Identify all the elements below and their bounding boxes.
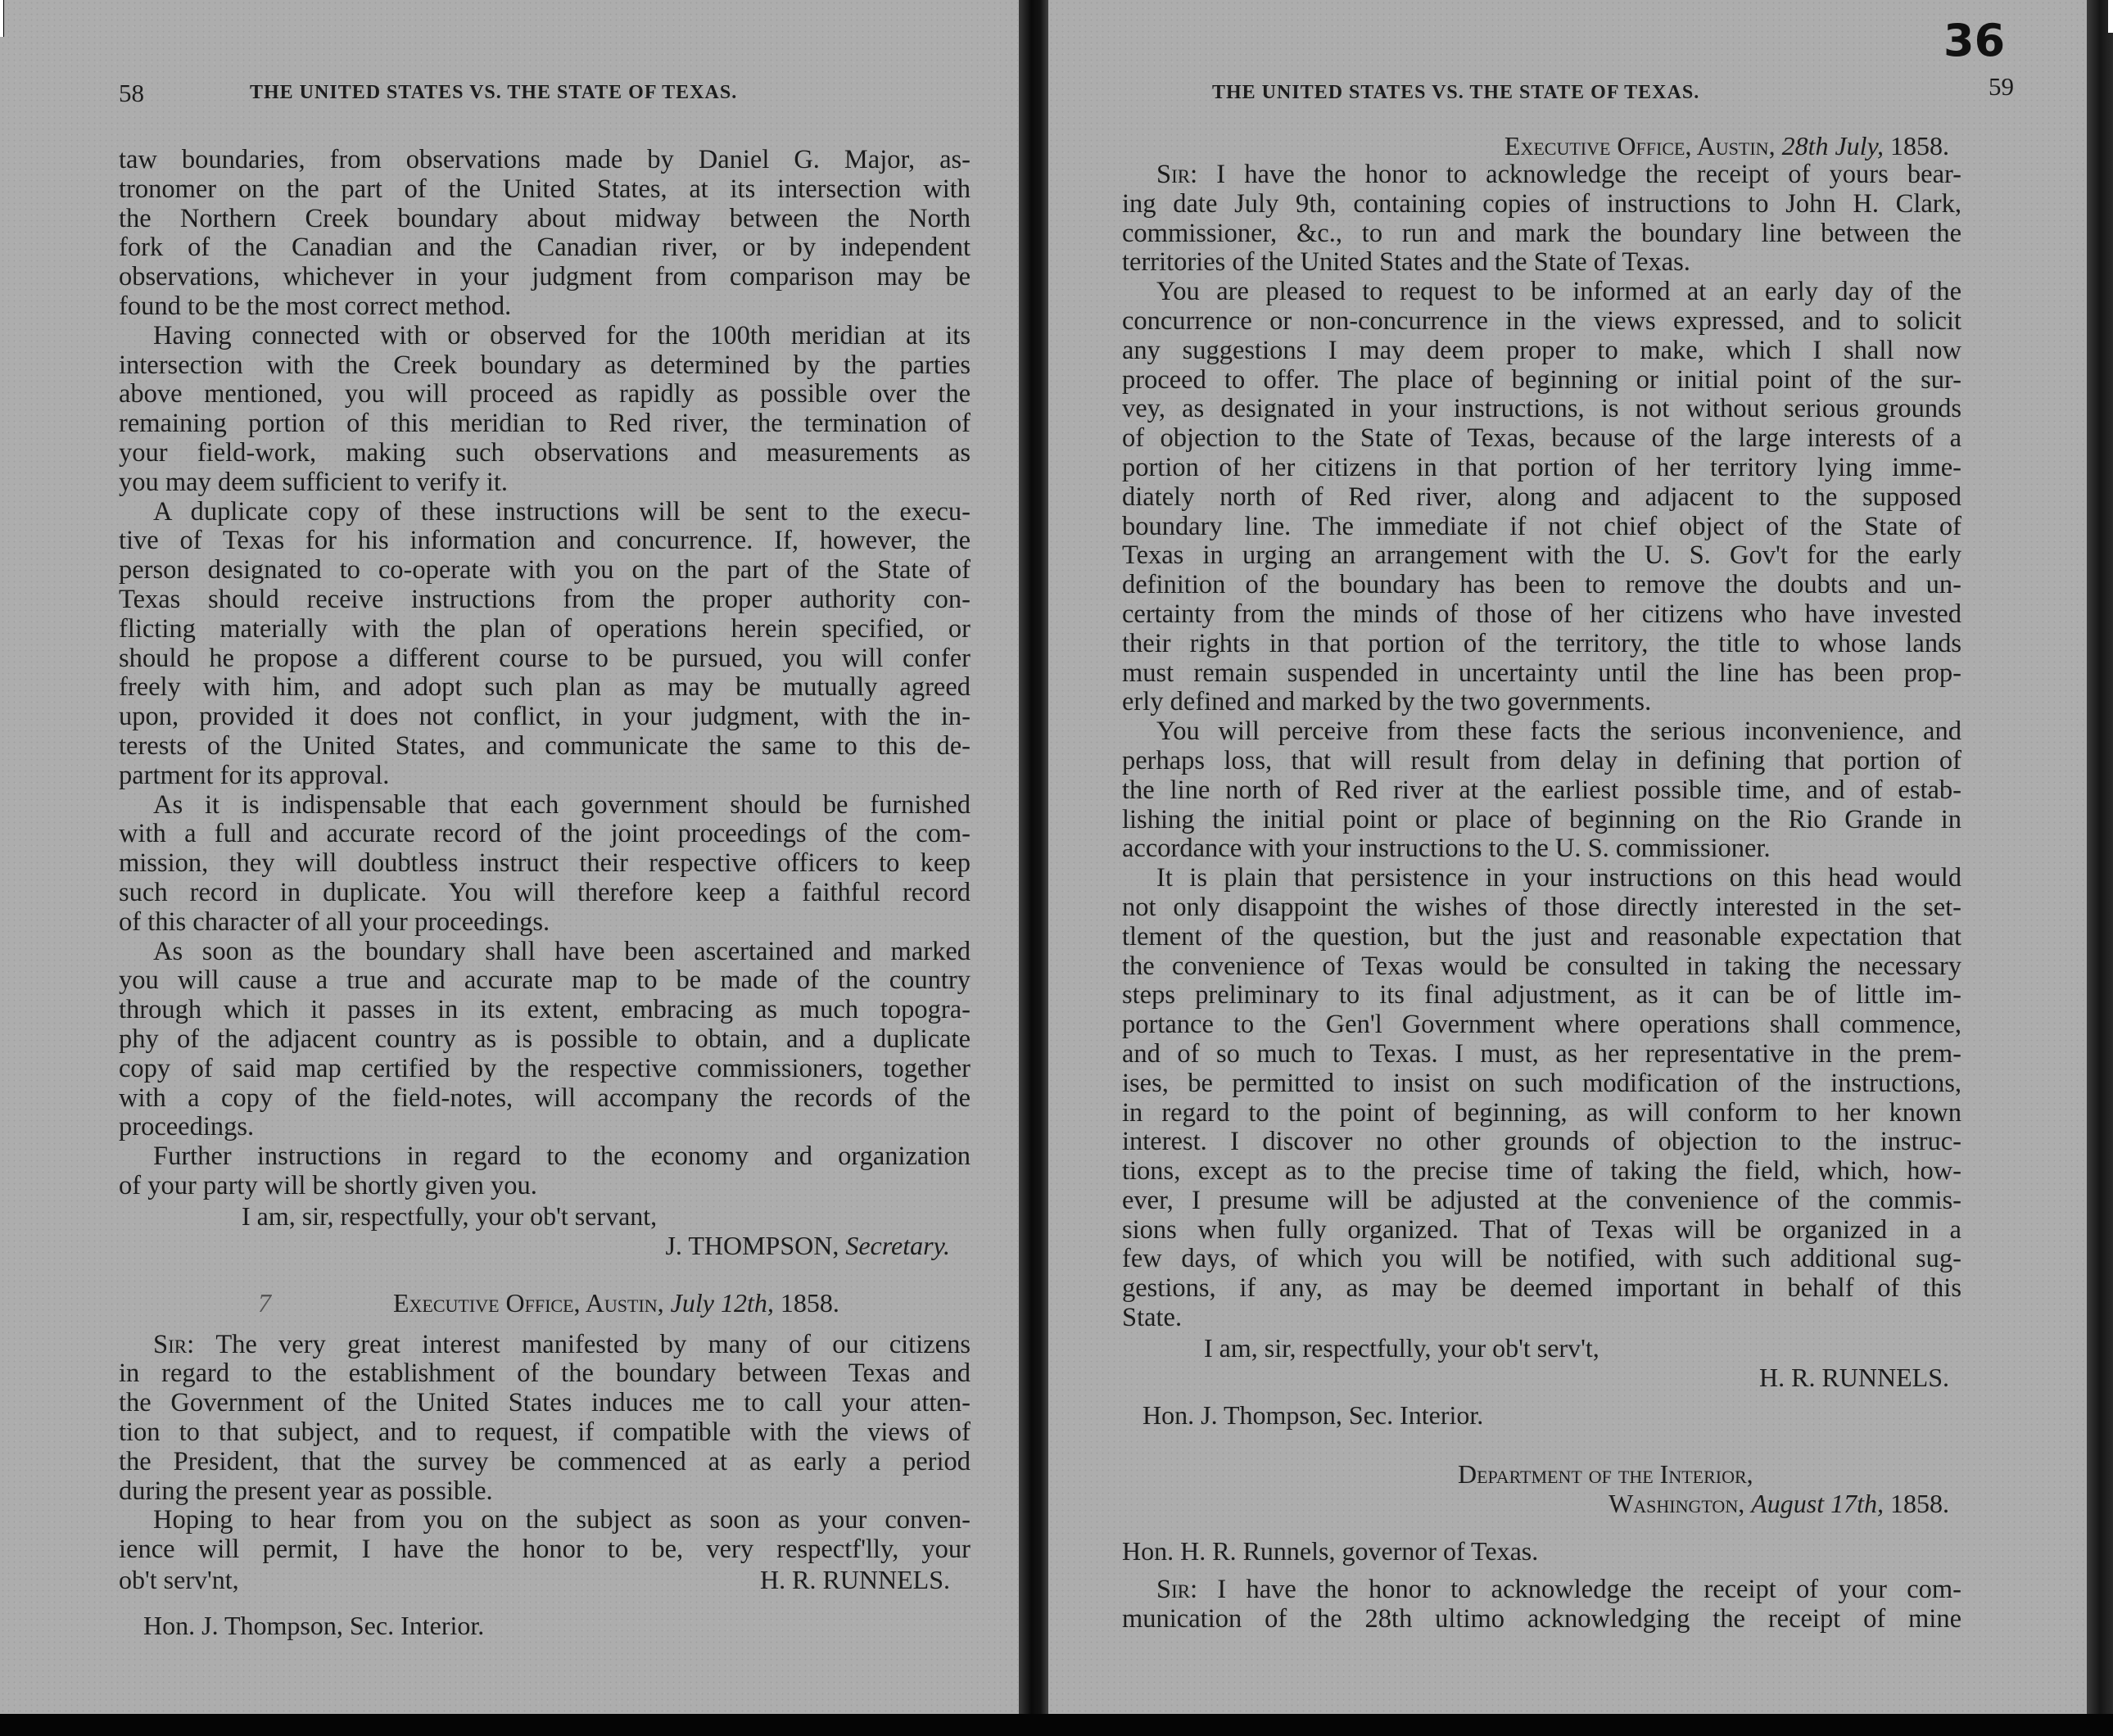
right-text-column: Executive Office, Austin, 28th July, 185… <box>1122 131 1961 1634</box>
text-line: definition of the boundary has been to r… <box>1122 571 1961 600</box>
paragraph: Hoping to hear from you on the subject a… <box>119 1506 971 1565</box>
text-line: boundary line. The immediate if not chie… <box>1122 513 1961 542</box>
text-line: Hoping to hear from you on the subject a… <box>119 1506 971 1535</box>
dateline-date: 28th July, <box>1782 131 1884 160</box>
addressee-runnels: Hon. H. R. Runnels, governor of Texas. <box>1122 1536 1961 1566</box>
text-line: intersection with the Creek boundary as … <box>119 351 971 381</box>
text-line: you may deem sufficient to verify it. <box>119 468 971 498</box>
signature-thompson: J. THOMPSON, Secretary. <box>119 1231 971 1260</box>
text-line: A duplicate copy of these instructions w… <box>119 498 971 527</box>
text-line: few days, of which you will be notified,… <box>1122 1245 1961 1274</box>
text-line: gestions, if any, as may be deemed impor… <box>1122 1274 1961 1304</box>
closing-thompson: I am, sir, respectfully, your ob't serva… <box>119 1201 971 1231</box>
text-line: above mentioned, you will proceed as rap… <box>119 380 971 409</box>
text-line: Sir: The very great interest manifested … <box>119 1331 971 1360</box>
text-line: ises, be permitted to insist on such mod… <box>1122 1069 1961 1099</box>
text-line: flicting materially with the plan of ope… <box>119 615 971 644</box>
text-line: lishing the initial point or place of be… <box>1122 806 1961 835</box>
paragraph: You will perceive from these facts the s… <box>1122 717 1961 864</box>
text-line: and of so much to Texas. I must, as her … <box>1122 1040 1961 1069</box>
archive-stamp-number: 36 <box>1943 15 2005 66</box>
text-line: You are pleased to request to be informe… <box>1122 278 1961 307</box>
page-number-right: 59 <box>1989 72 2014 102</box>
text-line: portion of her citizens in that portion … <box>1122 454 1961 483</box>
book-right-edge <box>2087 0 2113 1736</box>
text-line: interest. I discover no other grounds of… <box>1122 1128 1961 1157</box>
text-line: You will perceive from these facts the s… <box>1122 717 1961 747</box>
signature-runnels-2: H. R. RUNNELS. <box>1122 1363 1961 1392</box>
salutation: Sir: <box>1156 160 1216 189</box>
paragraph: Further instructions in regard to the ec… <box>119 1142 971 1201</box>
closing-runnels-1: ob't serv'nt, H. R. RUNNELS. <box>119 1565 971 1594</box>
margin-mark: 7 <box>258 1288 271 1318</box>
dateline-interior-2: Washington, August 17th, 1858. <box>1122 1489 1961 1518</box>
addressee-thompson-2: Hon. J. Thompson, Sec. Interior. <box>1122 1400 1961 1430</box>
text-line: must remain suspended in uncertainty unt… <box>1122 659 1961 689</box>
department-name: Department of the Interior, <box>1458 1459 1753 1489</box>
running-head-left: THE UNITED STATES VS. THE STATE OF TEXAS… <box>250 82 737 115</box>
text-line: mission, they will doubtless instruct th… <box>119 849 971 879</box>
text-line: phy of the adjacent country as is possib… <box>119 1025 971 1055</box>
text-line: not only disappoint the wishes of those … <box>1122 893 1961 923</box>
page-number-left: 58 <box>119 79 144 108</box>
text-line: their rights in that portion of the terr… <box>1122 630 1961 659</box>
text-line: State. <box>1122 1304 1961 1333</box>
text-line: tions, except as to the precise time of … <box>1122 1157 1961 1187</box>
paragraph: A duplicate copy of these instructions w… <box>119 498 971 791</box>
text-line: Texas in urging an arrangement with the … <box>1122 541 1961 571</box>
text-line: Having connected with or observed for th… <box>119 322 971 351</box>
text-line: found to be the most correct method. <box>119 292 971 322</box>
dateline-place: Executive Office, Austin, <box>1504 131 1776 160</box>
paragraph: You are pleased to request to be informe… <box>1122 278 1961 717</box>
text-line: vey, as designated in your instructions,… <box>1122 395 1961 424</box>
text-line: you will cause a true and accurate map t… <box>119 966 971 996</box>
text-line: the Government of the United States indu… <box>119 1389 971 1418</box>
scan-bottom-border <box>0 1714 2113 1736</box>
text-line: As it is indispensable that each governm… <box>119 791 971 821</box>
text-line: proceedings. <box>119 1113 971 1142</box>
text-line: fork of the Canadian and the Canadian ri… <box>119 233 971 263</box>
paragraph: Sir: The very great interest manifested … <box>119 1331 971 1507</box>
text-line: perhaps loss, that will result from dela… <box>1122 747 1961 776</box>
text-line: accordance with your instructions to the… <box>1122 834 1961 864</box>
signature-title: Secretary. <box>845 1231 950 1260</box>
text-line: erly defined and marked by the two gover… <box>1122 688 1961 717</box>
continuation-paragraph: taw boundaries, from observations made b… <box>119 146 971 322</box>
text-line: tive of Texas for his information and co… <box>119 527 971 556</box>
text-line: portance to the Gen'l Government where o… <box>1122 1010 1961 1040</box>
left-page: 58 THE UNITED STATES VS. THE STATE OF TE… <box>0 0 1022 1716</box>
text-line: the President, that the survey be commen… <box>119 1448 971 1477</box>
text-line: of this character of all your proceeding… <box>119 908 971 938</box>
text-line: remaining portion of this meridian to Re… <box>119 409 971 439</box>
text-line: person designated to co-operate with you… <box>119 556 971 585</box>
text-line: commissioner, &c., to run and mark the b… <box>1122 219 1961 249</box>
text-line: taw boundaries, from observations made b… <box>119 146 971 175</box>
dateline-july-12: 7 Executive Office, Austin, July 12th, 1… <box>119 1288 971 1318</box>
text-line: Further instructions in regard to the ec… <box>119 1142 971 1172</box>
text-line: freely with him, and adopt such plan as … <box>119 673 971 703</box>
text-line: upon, provided it does not conflict, in … <box>119 703 971 732</box>
text-line: sions when fully organized. That of Texa… <box>1122 1216 1961 1245</box>
text-line: ience will permit, I have the honor to b… <box>119 1535 971 1565</box>
dateline-date: July 12th, <box>671 1288 774 1318</box>
text-line: the line north of Red river at the earli… <box>1122 776 1961 806</box>
text-line: tlement of the question, but the just an… <box>1122 923 1961 952</box>
text-line: of objection to the State of Texas, beca… <box>1122 424 1961 454</box>
paragraph: It is plain that persistence in your ins… <box>1122 864 1961 1333</box>
paragraph: Having connected with or observed for th… <box>119 322 971 498</box>
dateline-interior-1: Department of the Interior, <box>1122 1459 1961 1489</box>
text-line: ever, I presume will be adjusted at the … <box>1122 1187 1961 1216</box>
text-line: diately north of Red river, along and ad… <box>1122 483 1961 513</box>
dateline-year: 1858. <box>1890 131 1949 160</box>
dateline-place: Washington, <box>1609 1489 1744 1518</box>
signature-name: J. THOMPSON, <box>665 1231 839 1260</box>
text-line: in regard to the establishment of the bo… <box>119 1359 971 1389</box>
dateline-place: Executive Office, Austin, <box>393 1288 664 1318</box>
text-line: terests of the United States, and commun… <box>119 732 971 762</box>
paragraph: As it is indispensable that each governm… <box>119 791 971 938</box>
text-line: your field-work, making such observation… <box>119 439 971 468</box>
book-gutter <box>1019 0 1050 1720</box>
text-line: It is plain that persistence in your ins… <box>1122 864 1961 893</box>
text-line: tion to that subject, and to request, if… <box>119 1418 971 1448</box>
text-line: certainty from the minds of those of her… <box>1122 600 1961 630</box>
text-line: such record in duplicate. You will there… <box>119 879 971 908</box>
left-paragraphs: Having connected with or observed for th… <box>119 322 971 1201</box>
text-line: with a full and accurate record of the j… <box>119 820 971 849</box>
text-line: the Northern Creek boundary about midway… <box>119 205 971 234</box>
text-line: in regard to the point of beginning, as … <box>1122 1099 1961 1128</box>
letter-28th-july-body: Sir: I have the honor to acknowledge the… <box>1122 160 1961 1333</box>
left-text-column: taw boundaries, from observations made b… <box>119 146 971 1640</box>
addressee-thompson: Hon. J. Thompson, Sec. Interior. <box>119 1611 971 1640</box>
scan-corner-mark <box>0 0 4 37</box>
letter-aug-17-body: Sir: I have the honor to acknowledge the… <box>1122 1576 1961 1634</box>
dateline-28th-july: Executive Office, Austin, 28th July, 185… <box>1122 131 1961 160</box>
salutation: Sir: <box>1156 1575 1217 1604</box>
dateline-year: 1858. <box>780 1288 839 1318</box>
running-head-right: THE UNITED STATES VS. THE STATE OF TEXAS… <box>1212 82 1699 115</box>
closing-line: ob't serv'nt, <box>119 1565 239 1594</box>
scan-corner-mark-right <box>2108 0 2113 33</box>
text-line: Sir: I have the honor to acknowledge the… <box>1122 160 1961 190</box>
text-line: concurrence or non-concurrence in the vi… <box>1122 307 1961 337</box>
text-line: should he propose a different course to … <box>119 644 971 674</box>
dateline-year: 1858. <box>1890 1489 1949 1518</box>
text-line: proceed to offer. The place of beginning… <box>1122 366 1961 396</box>
text-line: territories of the United States and the… <box>1122 248 1961 278</box>
dateline-date: August 17th, <box>1751 1489 1884 1518</box>
text-line: Sir: I have the honor to acknowledge the… <box>1122 1576 1961 1605</box>
paragraph: As soon as the boundary shall have been … <box>119 938 971 1143</box>
text-line: the convenience of Texas would be consul… <box>1122 952 1961 982</box>
text-line: Texas should receive instructions from t… <box>119 585 971 615</box>
salutation: Sir: <box>153 1330 215 1359</box>
text-line: with a copy of the field-notes, will acc… <box>119 1084 971 1114</box>
text-line: As soon as the boundary shall have been … <box>119 938 971 967</box>
text-line: of your party will be shortly given you. <box>119 1172 971 1201</box>
text-line: during the present year as possible. <box>119 1477 971 1507</box>
text-line: munication of the 28th ultimo acknowledg… <box>1122 1605 1961 1634</box>
paragraph: Sir: I have the honor to acknowledge the… <box>1122 160 1961 278</box>
closing-runnels-2: I am, sir, respectfully, your ob't serv'… <box>1122 1333 1961 1363</box>
text-line: partment for its approval. <box>119 762 971 791</box>
text-line: any suggestions I may deem proper to mak… <box>1122 337 1961 366</box>
text-line: copy of said map certified by the respec… <box>119 1055 971 1084</box>
text-line: steps preliminary to its final adjustmen… <box>1122 981 1961 1010</box>
text-line: tronomer on the part of the United State… <box>119 175 971 205</box>
signature-runnels: H. R. RUNNELS. <box>760 1565 950 1594</box>
letter-july-12-body: Sir: The very great interest manifested … <box>119 1331 971 1565</box>
text-line: observations, whichever in your judgment… <box>119 263 971 292</box>
text-line: through which it passes in its extent, e… <box>119 996 971 1025</box>
text-line: ing date July 9th, containing copies of … <box>1122 190 1961 219</box>
